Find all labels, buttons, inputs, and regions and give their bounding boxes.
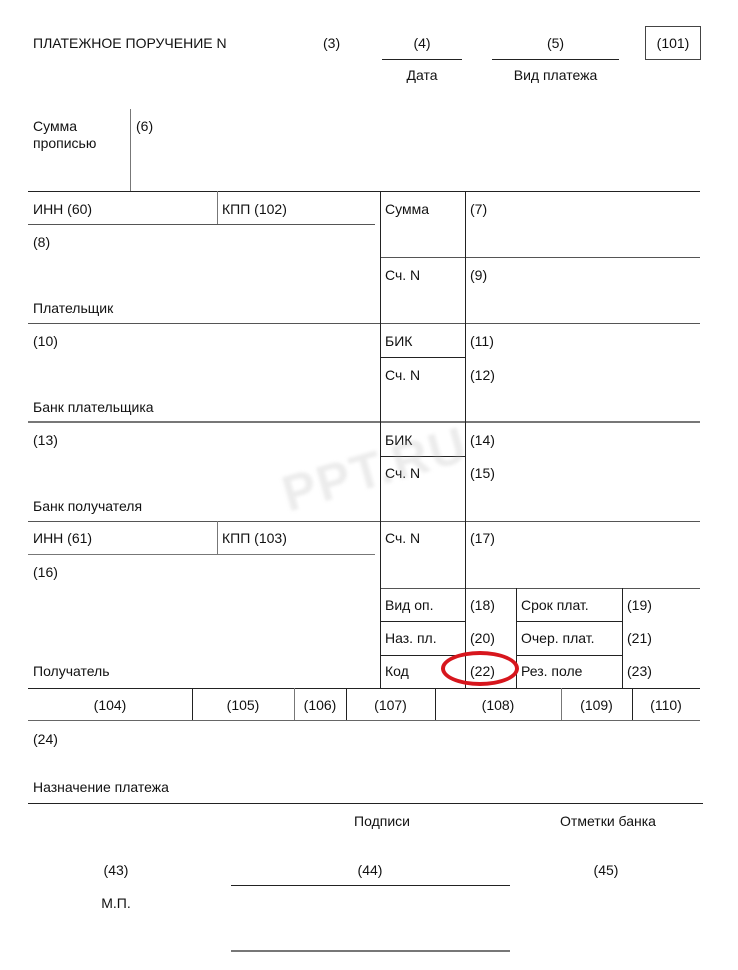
tax-field-106[interactable]: (106): [294, 697, 346, 713]
payer-bank-account-field[interactable]: (12): [470, 367, 495, 383]
tax-field-109[interactable]: (109): [561, 697, 632, 713]
status-field[interactable]: (101): [645, 35, 701, 51]
due-field[interactable]: (19): [627, 597, 652, 613]
vline-labels-left: [380, 191, 381, 688]
payee-bank-account-field[interactable]: (15): [470, 465, 495, 481]
payee-name-field[interactable]: (16): [33, 564, 58, 580]
line-details-1a: [381, 621, 465, 622]
bank-marks-field[interactable]: (45): [566, 862, 646, 878]
amount-words-label-1: Сумма: [33, 118, 77, 134]
payee-bank-account-label: Сч. N: [385, 465, 420, 481]
signature-line-2: [231, 950, 510, 952]
signature-line-1: [231, 885, 510, 886]
payment-type-field[interactable]: (5): [492, 35, 619, 51]
tax-field-108[interactable]: (108): [435, 697, 561, 713]
payer-bik-field[interactable]: (11): [470, 333, 494, 349]
payee-account-field[interactable]: (17): [470, 530, 495, 546]
payee-account-label: Сч. N: [385, 530, 420, 546]
line-sum-bottom: [381, 257, 700, 258]
sum-label: Сумма: [385, 201, 429, 217]
line-payee-inn: [28, 554, 375, 555]
purpose-field[interactable]: (24): [33, 731, 58, 747]
payee-kpp[interactable]: КПП (103): [222, 530, 287, 546]
payer-bank-field[interactable]: (10): [33, 333, 58, 349]
due-label: Срок плат.: [521, 597, 589, 613]
line-bik2: [381, 456, 465, 457]
payment-type-label: Вид платежа: [492, 67, 619, 83]
payee-bank-field[interactable]: (13): [33, 432, 58, 448]
payee-inn[interactable]: ИНН (61): [33, 530, 92, 546]
payee-bik-label: БИК: [385, 432, 412, 448]
reserve-field[interactable]: (23): [627, 663, 652, 679]
tax-field-107[interactable]: (107): [346, 697, 435, 713]
line-details-1b: [516, 621, 622, 622]
line-tax-bottom: [28, 720, 700, 721]
line-details-2b: [516, 655, 622, 656]
purpose-code-field[interactable]: (20): [470, 630, 495, 646]
date-field[interactable]: (4): [382, 35, 462, 51]
line-tax-top: [28, 688, 700, 689]
line-payee-bank-bottom: [28, 521, 700, 522]
reserve-label: Рез. поле: [521, 663, 582, 679]
form-title: ПЛАТЕЖНОЕ ПОРУЧЕНИЕ N: [33, 35, 227, 51]
purpose-code-label: Наз. пл.: [385, 630, 437, 646]
code-label: Код: [385, 663, 409, 679]
signature-field[interactable]: (44): [230, 862, 510, 878]
seal-label: М.П.: [76, 895, 156, 911]
op-type-label: Вид оп.: [385, 597, 433, 613]
vline-payee-kpp: [217, 521, 218, 554]
highlight-ellipse: [441, 651, 519, 686]
payer-bik-label: БИК: [385, 333, 412, 349]
bank-marks-label: Отметки банка: [538, 813, 678, 829]
priority-field[interactable]: (21): [627, 630, 652, 646]
payer-inn[interactable]: ИНН (60): [33, 201, 92, 217]
line-purpose-bottom: [28, 803, 703, 804]
date-label: Дата: [382, 67, 462, 83]
vline-payer-kpp: [217, 191, 218, 224]
vline-labels-right: [465, 191, 466, 688]
line-payer-bank-bottom: [28, 421, 700, 423]
line-payer-inn: [28, 224, 375, 225]
line-payer-bottom: [28, 323, 700, 324]
line-details-top: [381, 588, 700, 589]
payer-bank-label: Банк плательщика: [33, 399, 154, 415]
date-underline: [382, 59, 462, 60]
payee-bik-field[interactable]: (14): [470, 432, 495, 448]
amount-words-label-2: прописью: [33, 135, 96, 151]
sum-field[interactable]: (7): [470, 201, 487, 217]
number-field[interactable]: (3): [323, 35, 340, 51]
payer-name-field[interactable]: (8): [33, 234, 50, 250]
payment-type-underline: [492, 59, 619, 60]
payer-label: Плательщик: [33, 300, 113, 316]
line-payer-top: [28, 191, 700, 192]
payee-label: Получатель: [33, 663, 110, 679]
payer-account-label: Сч. N: [385, 267, 420, 283]
watermark: PPT.RU: [276, 415, 474, 523]
op-type-field[interactable]: (18): [470, 597, 495, 613]
payer-bank-account-label: Сч. N: [385, 367, 420, 383]
tax-field-105[interactable]: (105): [192, 697, 294, 713]
signatures-label: Подписи: [312, 813, 452, 829]
payee-bank-label: Банк получателя: [33, 498, 142, 514]
purpose-label: Назначение платежа: [33, 779, 169, 795]
seal-field[interactable]: (43): [76, 862, 156, 878]
amount-words-field[interactable]: (6): [136, 118, 153, 134]
amount-words-divider: [130, 109, 131, 191]
line-bik1: [381, 357, 465, 358]
payer-kpp[interactable]: КПП (102): [222, 201, 287, 217]
payer-account-field[interactable]: (9): [470, 267, 487, 283]
priority-label: Очер. плат.: [521, 630, 595, 646]
vline-details-right: [622, 588, 623, 688]
tax-field-104[interactable]: (104): [28, 697, 192, 713]
tax-field-110[interactable]: (110): [632, 697, 700, 713]
